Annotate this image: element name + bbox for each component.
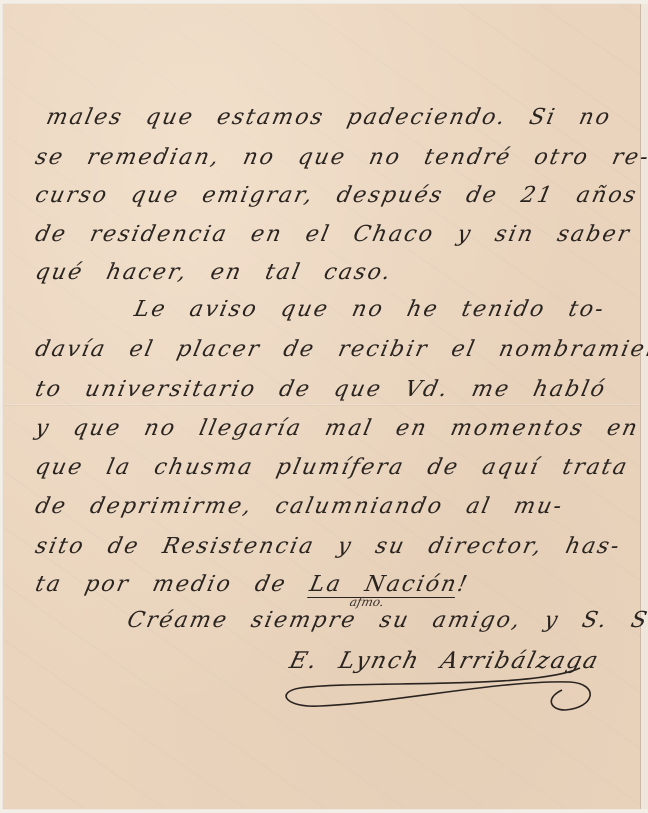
letter-line-11: de deprimirme, calumniando al mu-: [33, 494, 566, 519]
letter-line-10: que la chusma plumífera de aquí trata: [33, 455, 631, 480]
letter-line-5: qué hacer, en tal caso.: [33, 260, 395, 285]
closing-line: Créame siempre su amigo, y S. S.: [125, 608, 648, 633]
letter-line-1: males que estamos padeciendo. Si no: [44, 105, 614, 130]
letter-line-3: curso que emigrar, después de 21 años: [33, 183, 640, 208]
letter-line-7: davía el placer de recibir el nombramien…: [33, 337, 648, 362]
letter-line-2: se remedian, no que no tendré otro re-: [33, 145, 648, 170]
interlinear-insertion: afmo.: [349, 595, 386, 609]
signature-flourish-icon: [280, 660, 600, 720]
underlined-phrase: La Nación: [307, 572, 460, 597]
letter-line-8: to universitario de que Vd. me habló: [33, 377, 609, 402]
letter-line-13: ta por medio de La Nación!: [33, 572, 471, 597]
page-edge: [640, 4, 648, 809]
letter-line-6: Le aviso que no he tenido to-: [132, 297, 608, 322]
fold-crease: [3, 404, 640, 406]
letter-line-9: y que no llegaría mal en momentos en: [33, 416, 641, 441]
letter-line-4: de residencia en el Chaco y sin saber: [33, 222, 633, 247]
letter-line-12: sito de Resistencia y su director, has-: [33, 534, 623, 559]
